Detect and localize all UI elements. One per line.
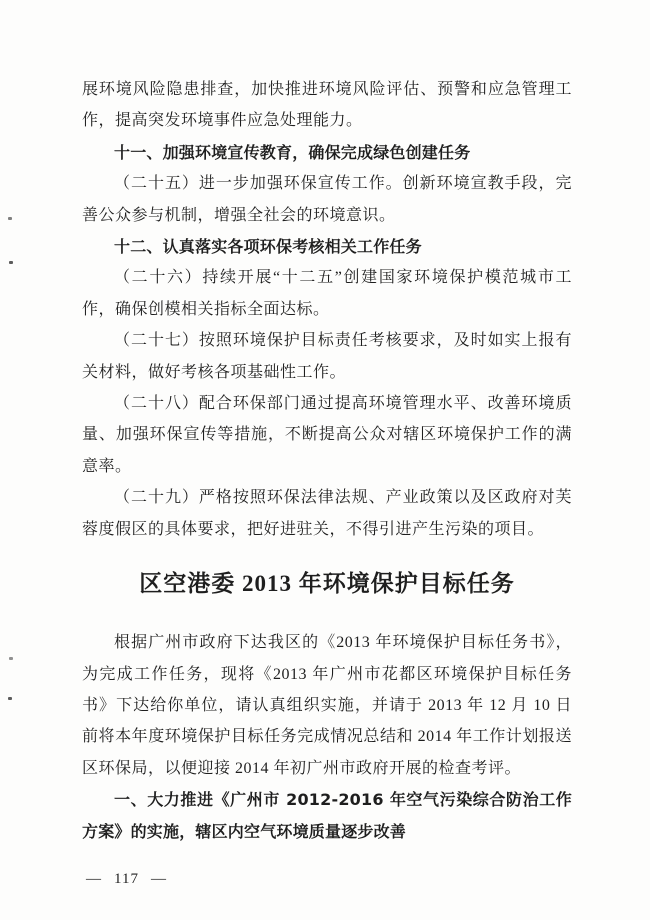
scan-speck [8, 697, 12, 700]
section-heading-eleven: 十一、加强环境宣传教育，确保完成绿色创建任务 [82, 137, 572, 168]
paragraph-intro: 根据广州市政府下达我区的《2013 年环境保护目标任务书》，为完成工作任务，现将… [82, 627, 572, 784]
paragraph-item-29: （二十九）严格按照环保法律法规、产业政策以及区政府对芙蓉度假区的具体要求，把好进… [82, 482, 572, 545]
footer-dash-right: — [151, 871, 167, 888]
section-heading-one: 一、大力推进《广州市 2012-2016 年空气污染综合防治工作方案》的实施，辖… [82, 784, 572, 847]
section-heading-twelve: 十二、认真落实各项环保考核相关工作任务 [82, 231, 572, 262]
paragraph-item-25: （二十五）进一步加强环保宣传工作。创新环境宣教手段，完善公众参与机制，增强全社会… [82, 168, 572, 231]
scan-speck [9, 657, 13, 660]
paragraph-continuation: 展环境风险隐患排查，加快推进环境风险评估、预警和应急管理工作，提高突发环境事件应… [82, 74, 572, 137]
document-page: 展环境风险隐患排查，加快推进环境风险评估、预警和应急管理工作，提高突发环境事件应… [0, 0, 650, 920]
scan-speck [8, 217, 12, 220]
document-title: 区空港委 2013 年环境保护目标任务 [82, 567, 572, 601]
paragraph-item-27: （二十七）按照环境保护目标责任考核要求，及时如实上报有关材料，做好考核各项基础性… [82, 325, 572, 388]
footer-dash-left: — [86, 871, 102, 888]
paragraph-item-26: （二十六）持续开展“十二五”创建国家环境保护模范城市工作，确保创模相关指标全面达… [82, 262, 572, 325]
page-footer: — 117 — [86, 871, 167, 888]
paragraph-item-28: （二十八）配合环保部门通过提高环境管理水平、改善环境质量、加强环保宣传等措施，不… [82, 388, 572, 482]
scan-speck [9, 261, 13, 264]
page-content: 展环境风险隐患排查，加快推进环境风险评估、预警和应急管理工作，提高突发环境事件应… [82, 74, 572, 847]
page-number: 117 [114, 871, 139, 888]
